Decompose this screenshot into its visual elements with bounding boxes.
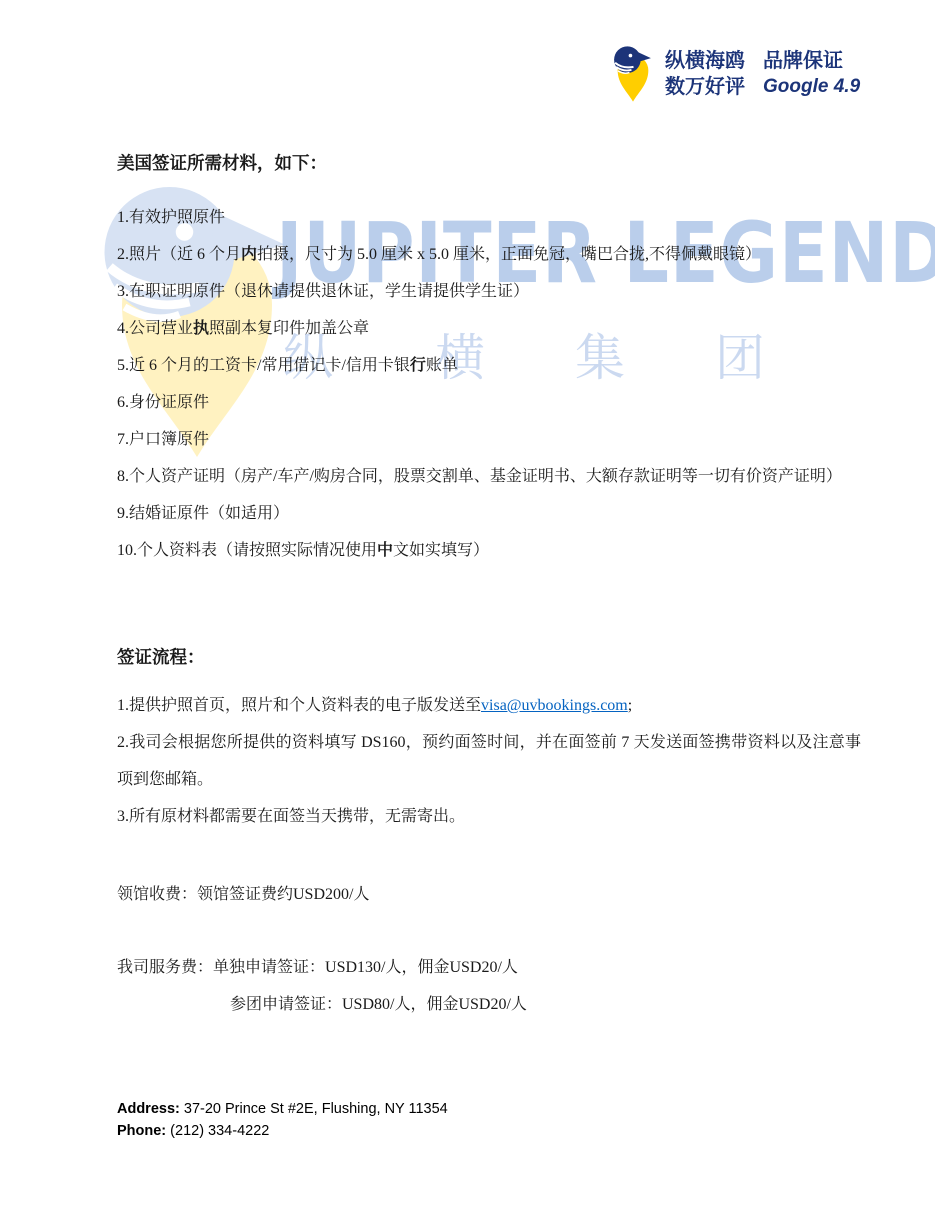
text-segment: 8.个人资产证明（房产/车产/购房合同，股票交割单、基金证明书、大额存款证明等一…: [117, 468, 842, 485]
text-line: 3.在职证明原件（退休请提供退休证，学生请提供学生证）: [117, 273, 859, 310]
text-segment: 4.公司营业: [117, 320, 193, 337]
text-line: 1.有效护照原件: [117, 199, 859, 236]
service-fee-block: 我司服务费：单独申请签证：USD130/人，佣金USD20/人 参团申请签证：U…: [117, 949, 527, 1023]
eagle-pin-logo-icon: [610, 44, 656, 104]
text-line: 2.照片（近 6 个月内拍摄，尺寸为 5.0 厘米 x 5.0 厘米，正面免冠，…: [117, 236, 859, 273]
text-line: 1.提供护照首页，照片和个人资料表的电子版发送至visa@uvbookings.…: [117, 687, 861, 724]
service-fee-individual: 单独申请签证：USD130/人，佣金USD20/人: [213, 959, 518, 976]
phone-label: Phone:: [117, 1123, 166, 1139]
document-content: 纵横海鸥 品牌保证 数万好评 Google 4.9 美国签证所需材料，如下： 1…: [0, 0, 935, 1210]
text-line: 5.近 6 个月的工资卡/常用借记卡/信用卡银行账单: [117, 347, 859, 384]
text-line: 6.身份证原件: [117, 384, 859, 421]
text-line: 9.结婚证原件（如适用）: [117, 495, 859, 532]
service-fee-line-2: 参团申请签证：USD80/人，佣金USD20/人: [117, 986, 527, 1023]
document-page: JUPITER LEGEND 纵 横 集 团 纵横海鸥 品牌保证 数万好评 Go…: [0, 0, 935, 1210]
logo-slogan-2: 品牌保证: [763, 49, 860, 73]
text-line: 8.个人资产证明（房产/车产/购房合同，股票交割单、基金证明书、大额存款证明等一…: [117, 458, 859, 495]
address-label: Address:: [117, 1101, 180, 1117]
consulate-fee-line: 领馆收费：领馆签证费约USD200/人: [117, 876, 369, 913]
text-segment: 拍摄，尺寸为 5.0 厘米 x 5.0 厘米，正面免冠，嘴巴合拢,不得佩戴眼镜）: [257, 246, 761, 263]
footer-phone-line: Phone: (212) 334-4222: [117, 1120, 448, 1142]
materials-list: 1.有效护照原件2.照片（近 6 个月内拍摄，尺寸为 5.0 厘米 x 5.0 …: [117, 199, 859, 569]
process-section-title: 签证流程：: [117, 644, 205, 669]
text-segment: 中: [377, 542, 393, 559]
footer-address-line: Address: 37-20 Prince St #2E, Flushing, …: [117, 1098, 448, 1120]
text-segment: 账单: [426, 357, 458, 374]
text-segment: 5.近 6 个月的工资卡/常用借记卡/信用卡银: [117, 357, 410, 374]
logo-slogan-1: 纵横海鸥: [665, 49, 745, 73]
text-segment: ;: [628, 697, 632, 714]
footer-contact: Address: 37-20 Prince St #2E, Flushing, …: [117, 1098, 448, 1142]
service-fee-line-1: 我司服务费：单独申请签证：USD130/人，佣金USD20/人: [117, 949, 527, 986]
text-line: 7.户口簿原件: [117, 421, 859, 458]
company-logo: 纵横海鸥 品牌保证 数万好评 Google 4.9: [610, 44, 860, 104]
text-segment: 行: [410, 357, 426, 374]
email-link[interactable]: visa@uvbookings.com: [481, 697, 628, 714]
text-segment: 7.户口簿原件: [117, 431, 209, 448]
text-segment: 6.身份证原件: [117, 394, 209, 411]
text-segment: 2.我司会根据您所提供的资料填写 DS160，预约面签时间，并在面签前 7 天发…: [117, 734, 861, 788]
text-line: 2.我司会根据您所提供的资料填写 DS160，预约面签时间，并在面签前 7 天发…: [117, 724, 861, 798]
text-line: 4.公司营业执照副本复印件加盖公章: [117, 310, 859, 347]
text-segment: 1.有效护照原件: [117, 209, 225, 226]
text-segment: 10.个人资料表（请按照实际情况使用: [117, 542, 377, 559]
text-segment: 1.提供护照首页，照片和个人资料表的电子版发送至: [117, 697, 481, 714]
company-logo-text: 纵横海鸥 品牌保证 数万好评 Google 4.9: [665, 49, 860, 99]
phone-value: (212) 334-4222: [170, 1123, 269, 1139]
text-segment: 文如实填写）: [393, 542, 489, 559]
logo-google-rating: Google 4.9: [763, 75, 860, 99]
text-segment: 执: [193, 320, 209, 337]
logo-slogan-3: 数万好评: [665, 75, 745, 99]
process-list: 1.提供护照首页，照片和个人资料表的电子版发送至visa@uvbookings.…: [117, 687, 861, 835]
text-segment: 9.结婚证原件（如适用）: [117, 505, 289, 522]
text-line: 10.个人资料表（请按照实际情况使用中文如实填写）: [117, 532, 859, 569]
page-title: 美国签证所需材料，如下：: [117, 150, 327, 175]
text-segment: 内: [241, 246, 257, 263]
service-fee-label: 我司服务费：: [117, 959, 213, 976]
text-segment: 照副本复印件加盖公章: [209, 320, 369, 337]
address-value: 37-20 Prince St #2E, Flushing, NY 11354: [184, 1101, 448, 1117]
text-segment: 3.在职证明原件（退休请提供退休证，学生请提供学生证）: [117, 283, 529, 300]
text-segment: 2.照片（近 6 个月: [117, 246, 241, 263]
text-segment: 3.所有原材料都需要在面签当天携带，无需寄出。: [117, 808, 465, 825]
text-line: 3.所有原材料都需要在面签当天携带，无需寄出。: [117, 798, 861, 835]
